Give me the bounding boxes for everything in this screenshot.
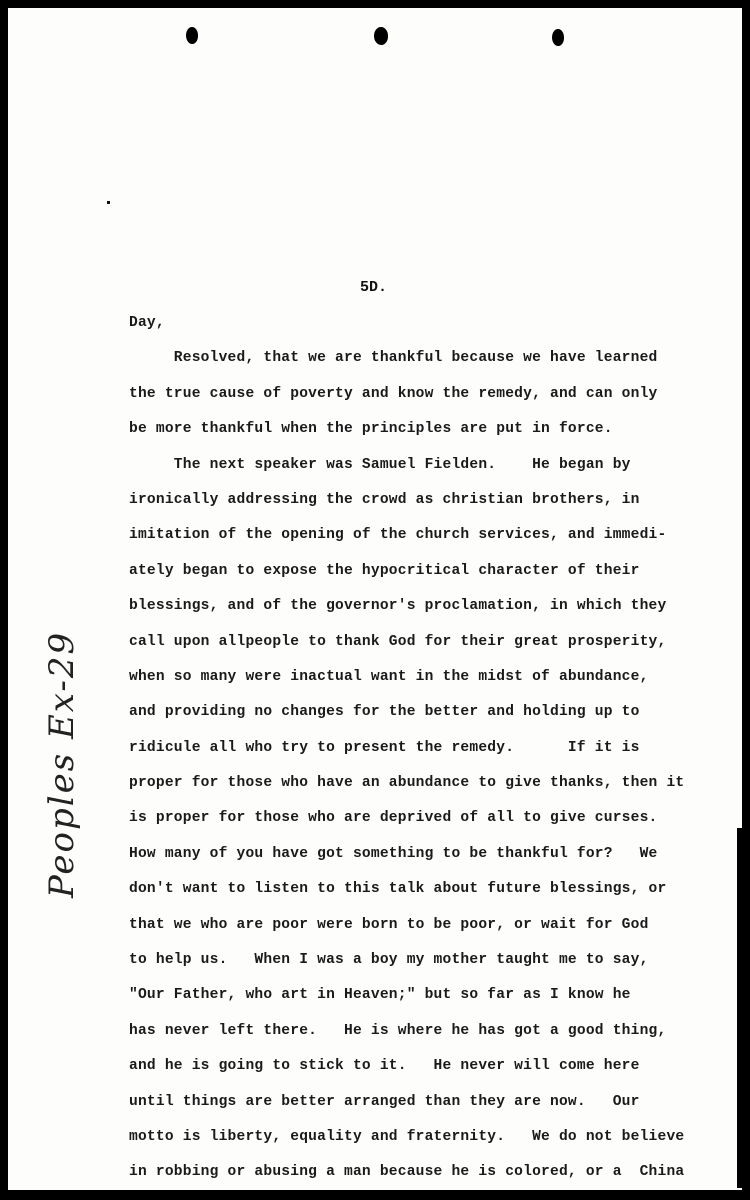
text-line: proper for those who have an abundance t… [129,766,739,801]
text-line: ironically addressing the crowd as chris… [129,483,739,518]
text-line: in robbing or abusing a man because he i… [129,1155,739,1190]
text-line: Day, [129,306,739,341]
text-line: don't want to listen to this talk about … [129,872,739,907]
text-line: blessings, and of the governor's proclam… [129,589,739,624]
punch-hole-left [186,27,198,44]
punch-hole-center [374,27,388,45]
typed-body-text: Day, Resolved, that we are thankful beca… [129,306,739,1190]
text-line: "Our Father, who art in Heaven;" but so … [129,978,739,1013]
ink-speck [107,201,110,204]
text-line: The next speaker was Samuel Fielden. He … [129,448,739,483]
text-line: motto is liberty, equality and fraternit… [129,1120,739,1155]
text-line: Resolved, that we are thankful because w… [129,341,739,376]
text-line: the true cause of poverty and know the r… [129,377,739,412]
text-line: be more thankful when the principles are… [129,412,739,447]
text-line: ately began to expose the hypocritical c… [129,554,739,589]
text-line: is proper for those who are deprived of … [129,801,739,836]
typewritten-page: 5D. Day, Resolved, that we are thankful … [8,8,742,1190]
text-line: that we who are poor were born to be poo… [129,908,739,943]
text-line: to help us. When I was a boy my mother t… [129,943,739,978]
text-line: How many of you have got something to be… [129,837,739,872]
text-line: and providing no changes for the better … [129,695,739,730]
text-line: when so many were inactual want in the m… [129,660,739,695]
text-line: has never left there. He is where he has… [129,1014,739,1049]
page-number: 5D. [360,279,387,296]
text-line: ridicule all who try to present the reme… [129,731,739,766]
punch-hole-right [552,29,564,46]
torn-right-edge [737,828,742,1188]
text-line: and he is going to stick to it. He never… [129,1049,739,1084]
scanned-document-frame: 5D. Day, Resolved, that we are thankful … [0,0,750,1200]
handwritten-exhibit-label: Peoples Ex-29 [42,631,82,898]
text-line: until things are better arranged than th… [129,1085,739,1120]
text-line: imitation of the opening of the church s… [129,518,739,553]
text-line: call upon allpeople to thank God for the… [129,625,739,660]
